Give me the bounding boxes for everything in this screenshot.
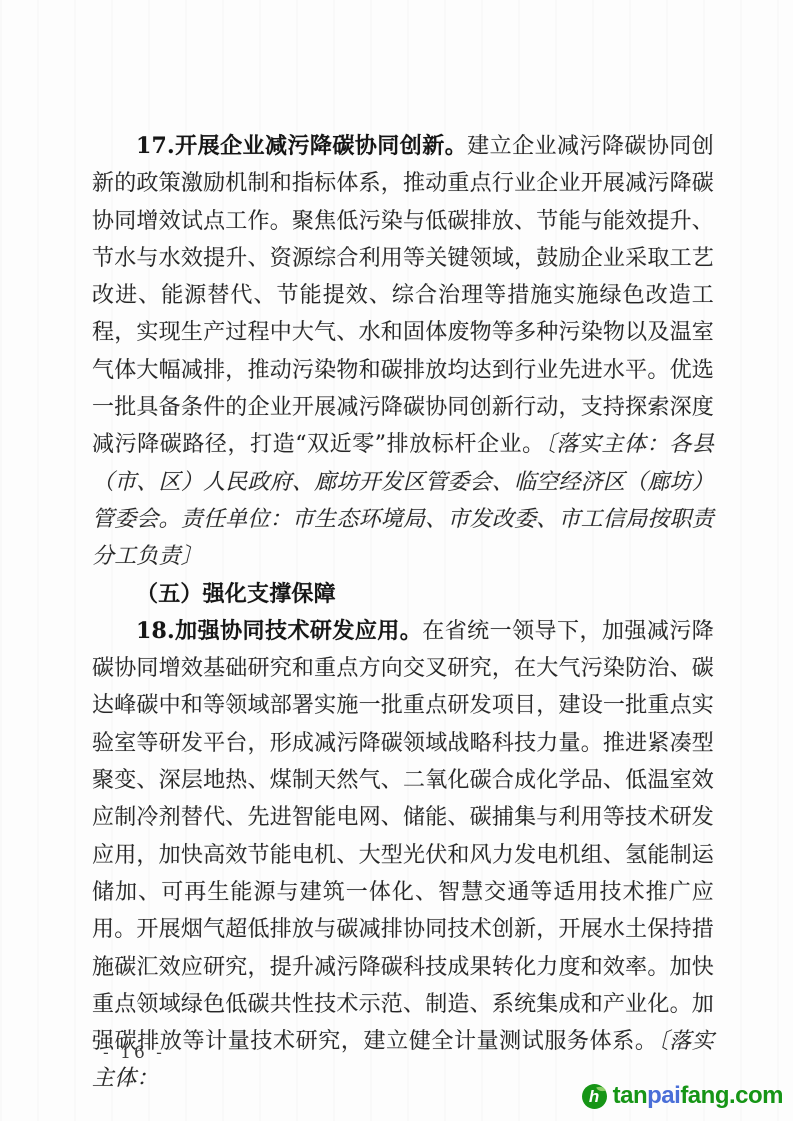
watermark-text-fang: fang.com xyxy=(680,1082,783,1109)
item-17-text: 建立企业减污降碳协同创新的政策激励机制和指标体系，推动重点行业企业开展减污降碳协… xyxy=(92,134,714,457)
paragraph-item-18: 18.加强协同技术研发应用。在省统一领导下，加强减污降碳协同增效基础研究和重点方… xyxy=(92,613,714,1098)
tanpaifang-watermark: h tanpaifang.com xyxy=(582,1082,783,1110)
item-18-text: 在省统一领导下，加强减污降碳协同增效基础研究和重点方向交叉研究，在大气污染防治、… xyxy=(92,619,714,1054)
watermark-text-tan: tan xyxy=(613,1082,648,1109)
paragraph-item-17: 17.开展企业减污降碳协同创新。建立企业减污降碳协同创新的政策激励机制和指标体系… xyxy=(92,128,714,576)
page-number: - 16 - xyxy=(103,1043,165,1063)
watermark-text-pai: pai xyxy=(647,1082,680,1109)
tanpaifang-logo-icon: h xyxy=(582,1084,607,1109)
scanned-document-page: 17.开展企业减污降碳协同创新。建立企业减污降碳协同创新的政策激励机制和指标体系… xyxy=(0,0,793,1121)
item-17-heading: 17.开展企业减污降碳协同创新。 xyxy=(136,133,467,159)
watermark-text: tanpaifang.com xyxy=(613,1082,783,1110)
section-5-heading: （五）强化支撑保障 xyxy=(92,576,714,613)
item-18-heading: 18.加强协同技术研发应用。 xyxy=(136,618,422,644)
document-body: 17.开展企业减污降碳协同创新。建立企业减污降碳协同创新的政策激励机制和指标体系… xyxy=(92,128,714,1098)
